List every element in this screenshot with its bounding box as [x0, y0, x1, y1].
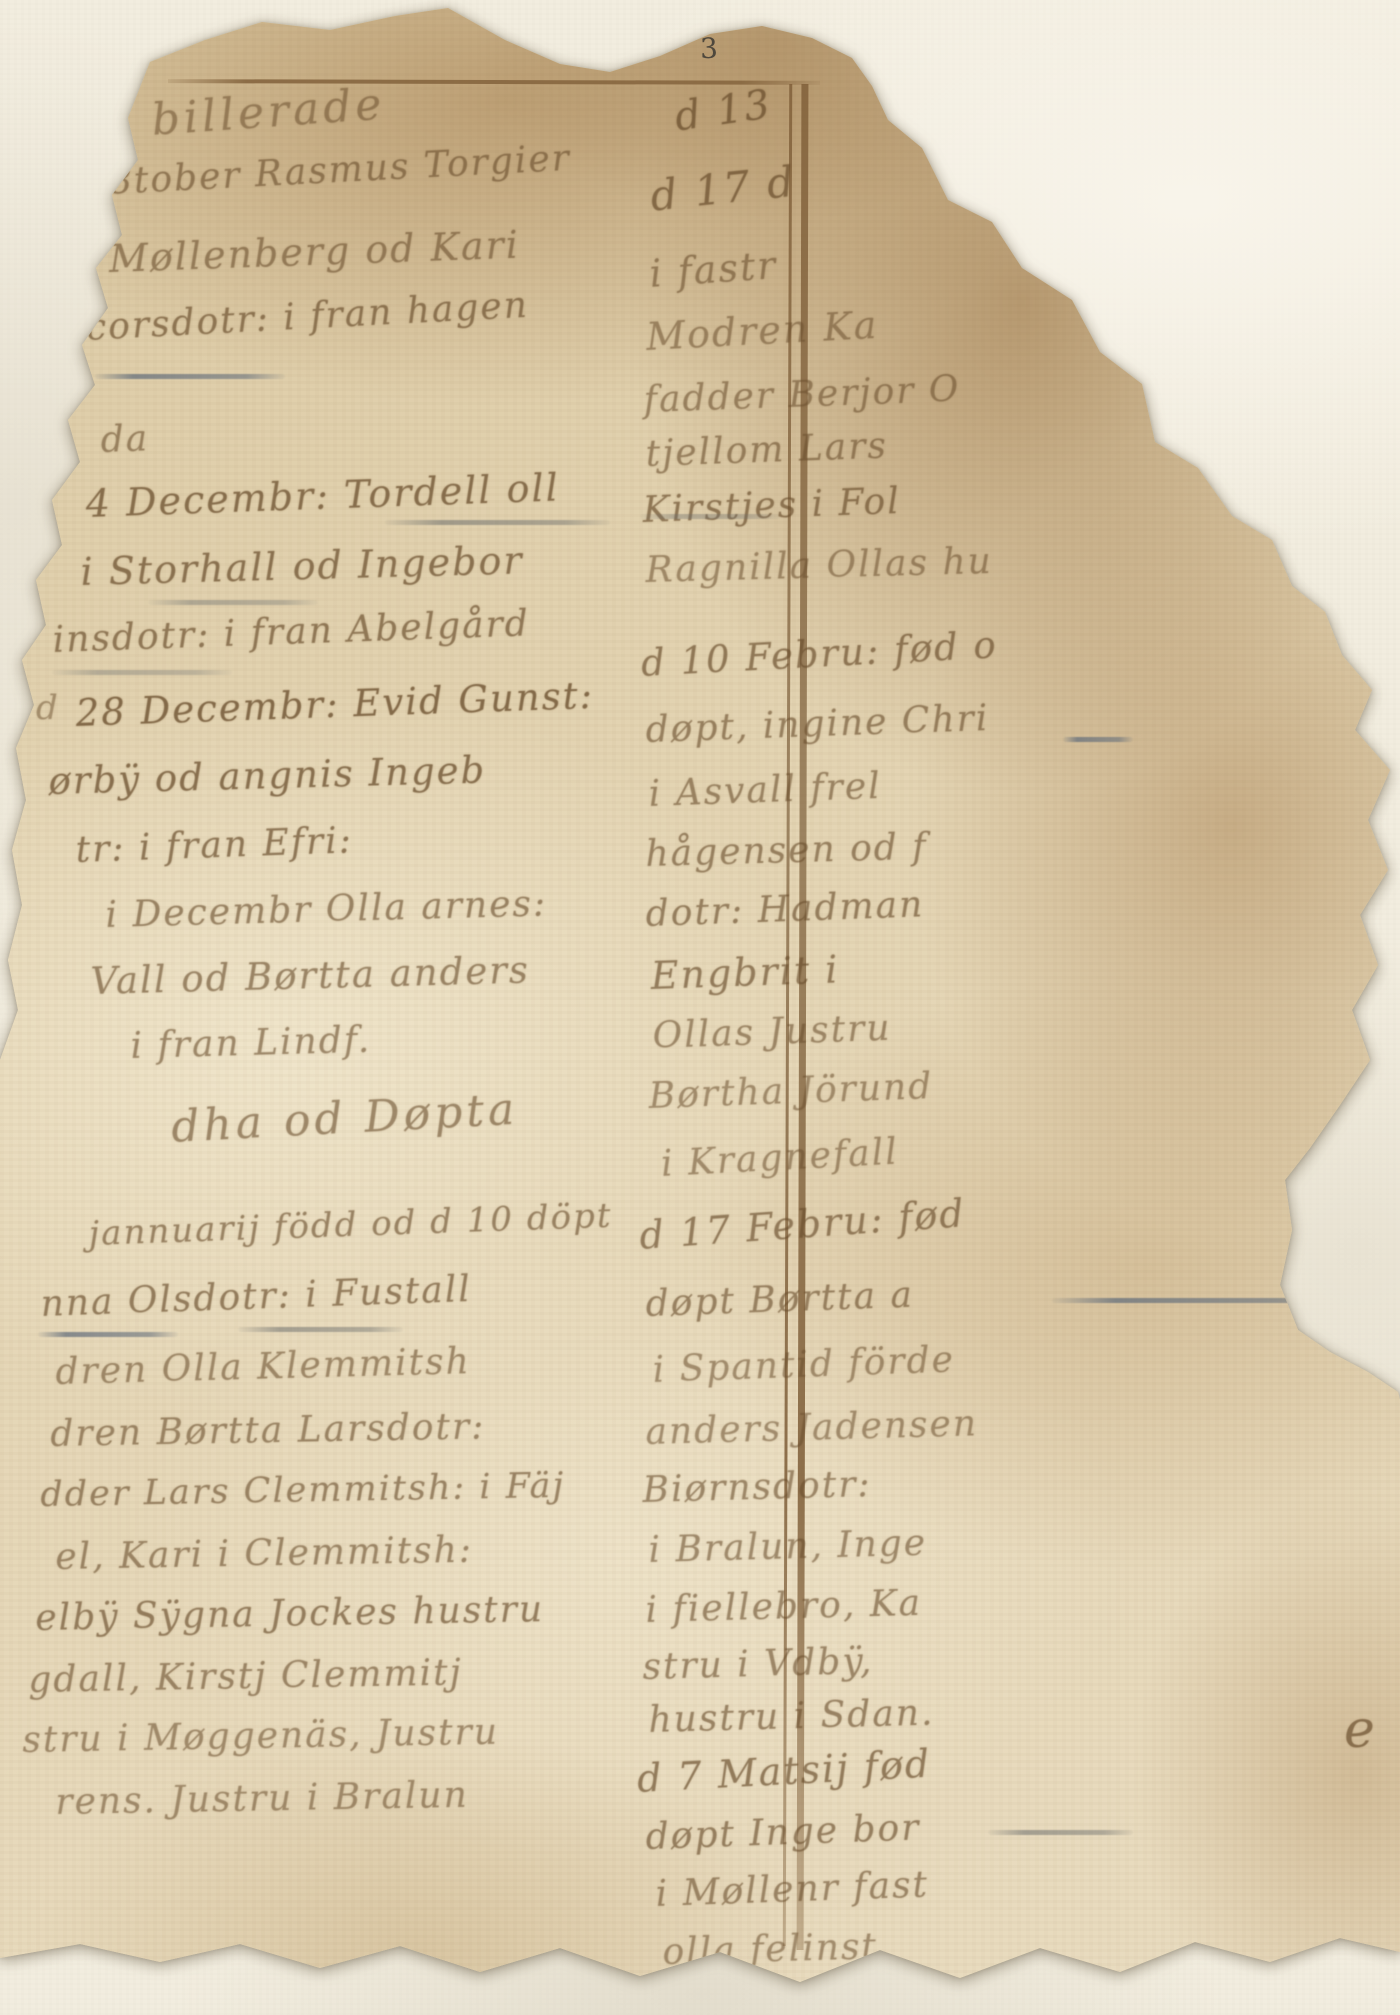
handwritten-line: Ollas Justru	[652, 1008, 892, 1057]
handwritten-line: døpt, ingine Chri	[645, 698, 990, 751]
handwritten-line: i Asvall frel	[648, 766, 882, 815]
handwritten-line: i Bralun, Inge	[648, 1523, 928, 1571]
handwritten-line: Kirstjes i Fol	[642, 481, 901, 531]
handwritten-line: hustru i Sdan.	[648, 1693, 935, 1741]
handwritten-line: Engbrit i	[650, 947, 840, 998]
handwritten-line: i Møllenr fast	[655, 1864, 930, 1915]
handwritten-line: Børtha Jörund	[648, 1066, 934, 1117]
pencil-underline	[640, 514, 780, 519]
handwritten-line: da	[100, 418, 150, 461]
handwritten-line: i Kragnefall	[660, 1132, 900, 1185]
pencil-underline	[988, 1830, 1133, 1835]
manuscript-fragment-wrap: 3 billerade 8tober Rasmus Torgier i Møll…	[0, 0, 1400, 2015]
handwritten-line: rens. Justru i Bralun	[55, 1775, 469, 1823]
handwritten-line: d 13	[672, 81, 775, 140]
handwritten-line: Biørnsdotr:	[642, 1464, 872, 1511]
handwritten-line: 28 Decembr: Evid Gunst:	[75, 674, 595, 735]
page-number: 3	[699, 32, 718, 66]
handwritten-line: dotr: Hadman	[645, 884, 925, 935]
handwritten-line: dder Lars Clemmitsh: i Fäj	[40, 1466, 566, 1515]
handwritten-line: anders Jadensen	[645, 1403, 978, 1453]
handwritten-line: Vall od Børtta anders	[90, 948, 530, 1002]
handwritten-line: el, Kari i Clemmitsh:	[55, 1530, 473, 1578]
pencil-underline	[385, 520, 610, 525]
pencil-underline	[95, 374, 285, 379]
handwritten-line: i Storhall od Ingebor	[80, 538, 524, 594]
handwritten-line: i Spantid förde	[652, 1339, 956, 1391]
handwritten-line: corsdotr: i fran hagen	[85, 285, 530, 349]
handwritten-line: d 17 d	[648, 157, 798, 221]
pencil-underline	[1052, 1298, 1367, 1303]
handwritten-line: 8tober Rasmus Torgier	[108, 138, 572, 203]
handwritten-line: d 7 Matsij fød	[636, 1742, 932, 1801]
handwritten-line: tjellom Lars	[645, 426, 889, 475]
handwritten-line: dren Børtta Larsdotr:	[50, 1406, 486, 1455]
handwritten-line: stru i Vdbÿ,	[642, 1641, 874, 1688]
section-heading: dha od Døpta	[170, 1084, 519, 1153]
handwritten-line: i fastr	[648, 243, 779, 296]
handwritten-line: i fran Lindf.	[130, 1020, 372, 1067]
handwritten-line: jannuarij född od d 10 döpt	[88, 1196, 613, 1254]
handwritten-line: døpt Inge bor	[645, 1807, 921, 1858]
handwritten-line: tr: i fran Efri:	[75, 820, 354, 871]
handwritten-line: fadder Berjor O	[643, 369, 961, 421]
handwritten-line: d 10 Febru: fød o	[640, 623, 999, 685]
handwritten-line: insdotr: i fran Abelgård	[52, 603, 530, 661]
handwritten-line: dren Olla Klemmitsh	[55, 1341, 471, 1393]
manuscript-fragment: 3 billerade 8tober Rasmus Torgier i Møll…	[0, 0, 1400, 2015]
handwritten-line: gdall, Kirstj Clemmitj	[28, 1652, 463, 1701]
handwritten-line: i Møllenberg od Kari	[80, 223, 521, 282]
pencil-underline	[52, 670, 232, 675]
margin-mark: d	[36, 688, 60, 728]
margin-mark: C	[1295, 1222, 1377, 1330]
pencil-underline	[38, 1332, 178, 1337]
handwritten-line: døpt Børtta a	[645, 1275, 915, 1325]
handwritten-line: stru i Møggenäs, Justru	[22, 1712, 499, 1761]
handwritten-line: billerade	[150, 79, 387, 146]
handwritten-line: i fiellebro, Ka	[645, 1583, 923, 1631]
handwritten-line: i Decembr Olla arnes:	[105, 883, 548, 936]
handwritten-line: Ragnilla Ollas hu	[645, 541, 993, 591]
pencil-underline	[1063, 737, 1133, 742]
pencil-underline	[238, 1327, 403, 1332]
handwritten-line: Modren Ka	[645, 303, 879, 359]
handwritten-line: hågensen od f	[645, 827, 928, 875]
handwritten-line: ørbÿ od angnis Ingeb	[48, 749, 487, 803]
margin-mark: e	[1344, 1700, 1377, 1760]
handwritten-line: olla felinst	[662, 1926, 878, 1973]
top-rule-line	[168, 79, 820, 85]
manuscript-scan: 3 billerade 8tober Rasmus Torgier i Møll…	[0, 0, 1400, 2015]
handwritten-line: elbÿ Sÿgna Jockes hustru	[35, 1589, 544, 1639]
pencil-underline	[148, 600, 318, 605]
handwritten-line: 4 Decembr: Tordell oll	[85, 465, 560, 526]
handwritten-line: nna Olsdotr: i Fustall	[40, 1269, 472, 1325]
